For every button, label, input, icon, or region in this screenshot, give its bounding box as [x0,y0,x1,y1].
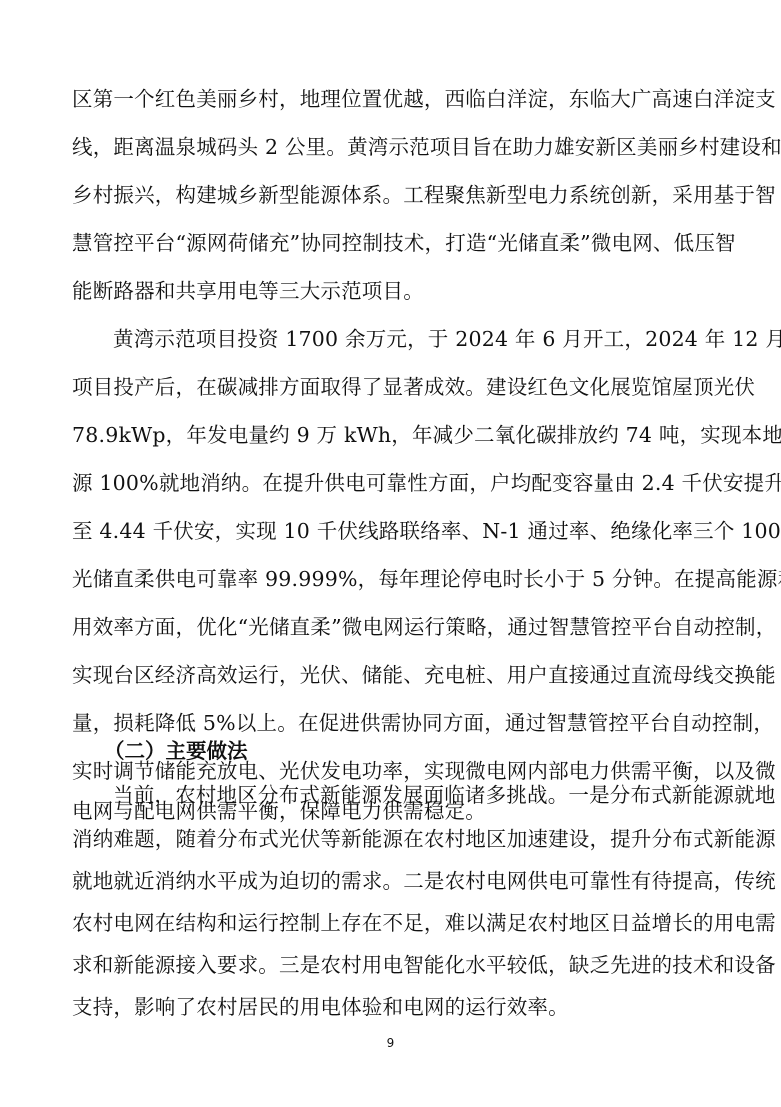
text-line: 至 4.44 千伏安，实现 10 千伏线路联络率、N-1 通过率、绝缘化率三个 … [72,516,712,546]
text-line: 区第一个红色美丽乡村，地理位置优越，西临白洋淀，东临大广高速白洋淀支 [72,84,712,114]
page-number: 9 [0,1036,781,1050]
text-line: 线，距离温泉城码头 2 公里。黄湾示范项目旨在助力雄安新区美丽乡村建设和 [72,132,712,162]
text-line: 项目投产后，在碳减排方面取得了显著成效。建设红色文化展览馆屋顶光伏 [72,372,712,402]
text-line: 消纳难题，随着分布式光伏等新能源在农村地区加速建设，提升分布式新能源 [72,824,712,854]
text-line: 能断路器和共享用电等三大示范项目。 [72,276,712,306]
text-line: 实现台区经济高效运行，光伏、储能、充电桩、用户直接通过直流母线交换能 [72,660,712,690]
text-line: 支持，影响了农村居民的用电体验和电网的运行效率。 [72,992,712,1022]
section-heading: （二）主要做法 [104,736,248,766]
text-line: 当前，农村地区分布式新能源发展面临诸多挑战。一是分布式新能源就地 [72,780,712,810]
text-line: 用效率方面，优化“光储直柔”微电网运行策略，通过智慧管控平台自动控制， [72,612,712,642]
text-line: 78.9kWp，年发电量约 9 万 kWh，年减少二氧化碳排放约 74 吨，实现… [72,420,712,450]
text-line: 慧管控平台“源网荷储充”协同控制技术，打造“光储直柔”微电网、低压智 [72,228,712,258]
text-line: 求和新能源接入要求。三是农村用电智能化水平较低，缺乏先进的技术和设备 [72,950,712,980]
text-line: 光储直柔供电可靠率 99.999%，每年理论停电时长小于 5 分钟。在提高能源利 [72,564,712,594]
text-line: 量，损耗降低 5%以上。在促进供需协同方面，通过智慧管控平台自动控制， [72,708,712,738]
text-line: 乡村振兴，构建城乡新型能源体系。工程聚焦新型电力系统创新，采用基于智 [72,180,712,210]
text-line: 就地就近消纳水平成为迫切的需求。二是农村电网供电可靠性有待提高，传统 [72,866,712,896]
text-line: 源 100%就地消纳。在提升供电可靠性方面，户均配变容量由 2.4 千伏安提升 [72,468,712,498]
text-line: 黄湾示范项目投资 1700 余万元，于 2024 年 6 月开工，2024 年 … [72,324,712,354]
text-line: 农村电网在结构和运行控制上存在不足，难以满足农村地区日益增长的用电需 [72,908,712,938]
